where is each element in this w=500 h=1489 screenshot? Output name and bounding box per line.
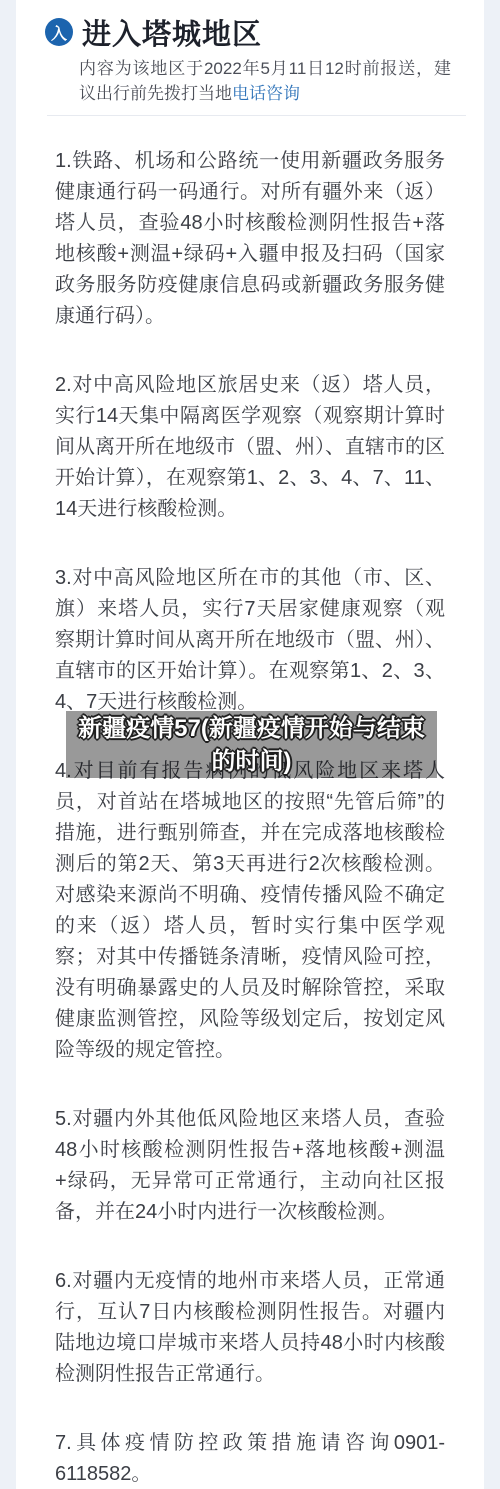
enter-icon-glyph: 入: [51, 21, 67, 44]
policy-item-4: 4.对目前有报告病例的低风险地区来塔人员，对首站在塔城地区的按照“先管后筛”的措…: [55, 756, 445, 1066]
page-title: 进入塔城地区: [82, 12, 262, 53]
watermark-title-overlay: 新疆疫情57(新疆疫情开始与结束的时间): [66, 711, 437, 778]
title-row: 入 进入塔城地区: [45, 14, 466, 50]
report-time-note: 内容为该地区于2022年5月11日12时前报送，建议出行前先拨打当地电话咨询: [79, 56, 451, 106]
policy-item-2: 2.对中高风险地区旅居史来（返）塔人员，实行14天集中隔离医学观察（观察期计算时…: [55, 370, 445, 525]
policy-content: 1.铁路、机场和公路统一使用新疆政务服务健康通行码一码通行。对所有疆外来（返）塔…: [16, 146, 484, 1489]
policy-item-6: 6.对疆内无疫情的地州市来塔人员，正常通行，互认7日内核酸检测阴性报告。对疆内陆…: [55, 1266, 445, 1390]
policy-item-7: 7.具体疫情防控政策措施请咨询0901-6118582。: [55, 1428, 445, 1489]
policy-item-3: 3.对中高风险地区所在市的其他（市、区、旗）来塔人员，实行7天居家健康观察（观察…: [55, 563, 445, 718]
header-divider: [47, 115, 466, 116]
phone-consult-link[interactable]: 电话咨询: [232, 84, 300, 103]
watermark-text: 新疆疫情57(新疆疫情开始与结束的时间): [72, 712, 431, 778]
enter-circle-icon: 入: [45, 18, 73, 46]
section-header: 入 进入塔城地区 内容为该地区于2022年5月11日12时前报送，建议出行前先拨…: [16, 0, 484, 116]
policy-item-1: 1.铁路、机场和公路统一使用新疆政务服务健康通行码一码通行。对所有疆外来（返）塔…: [55, 146, 445, 332]
policy-item-5: 5.对疆内外其他低风险地区来塔人员，查验48小时核酸检测阴性报告+落地核酸+测温…: [55, 1104, 445, 1228]
